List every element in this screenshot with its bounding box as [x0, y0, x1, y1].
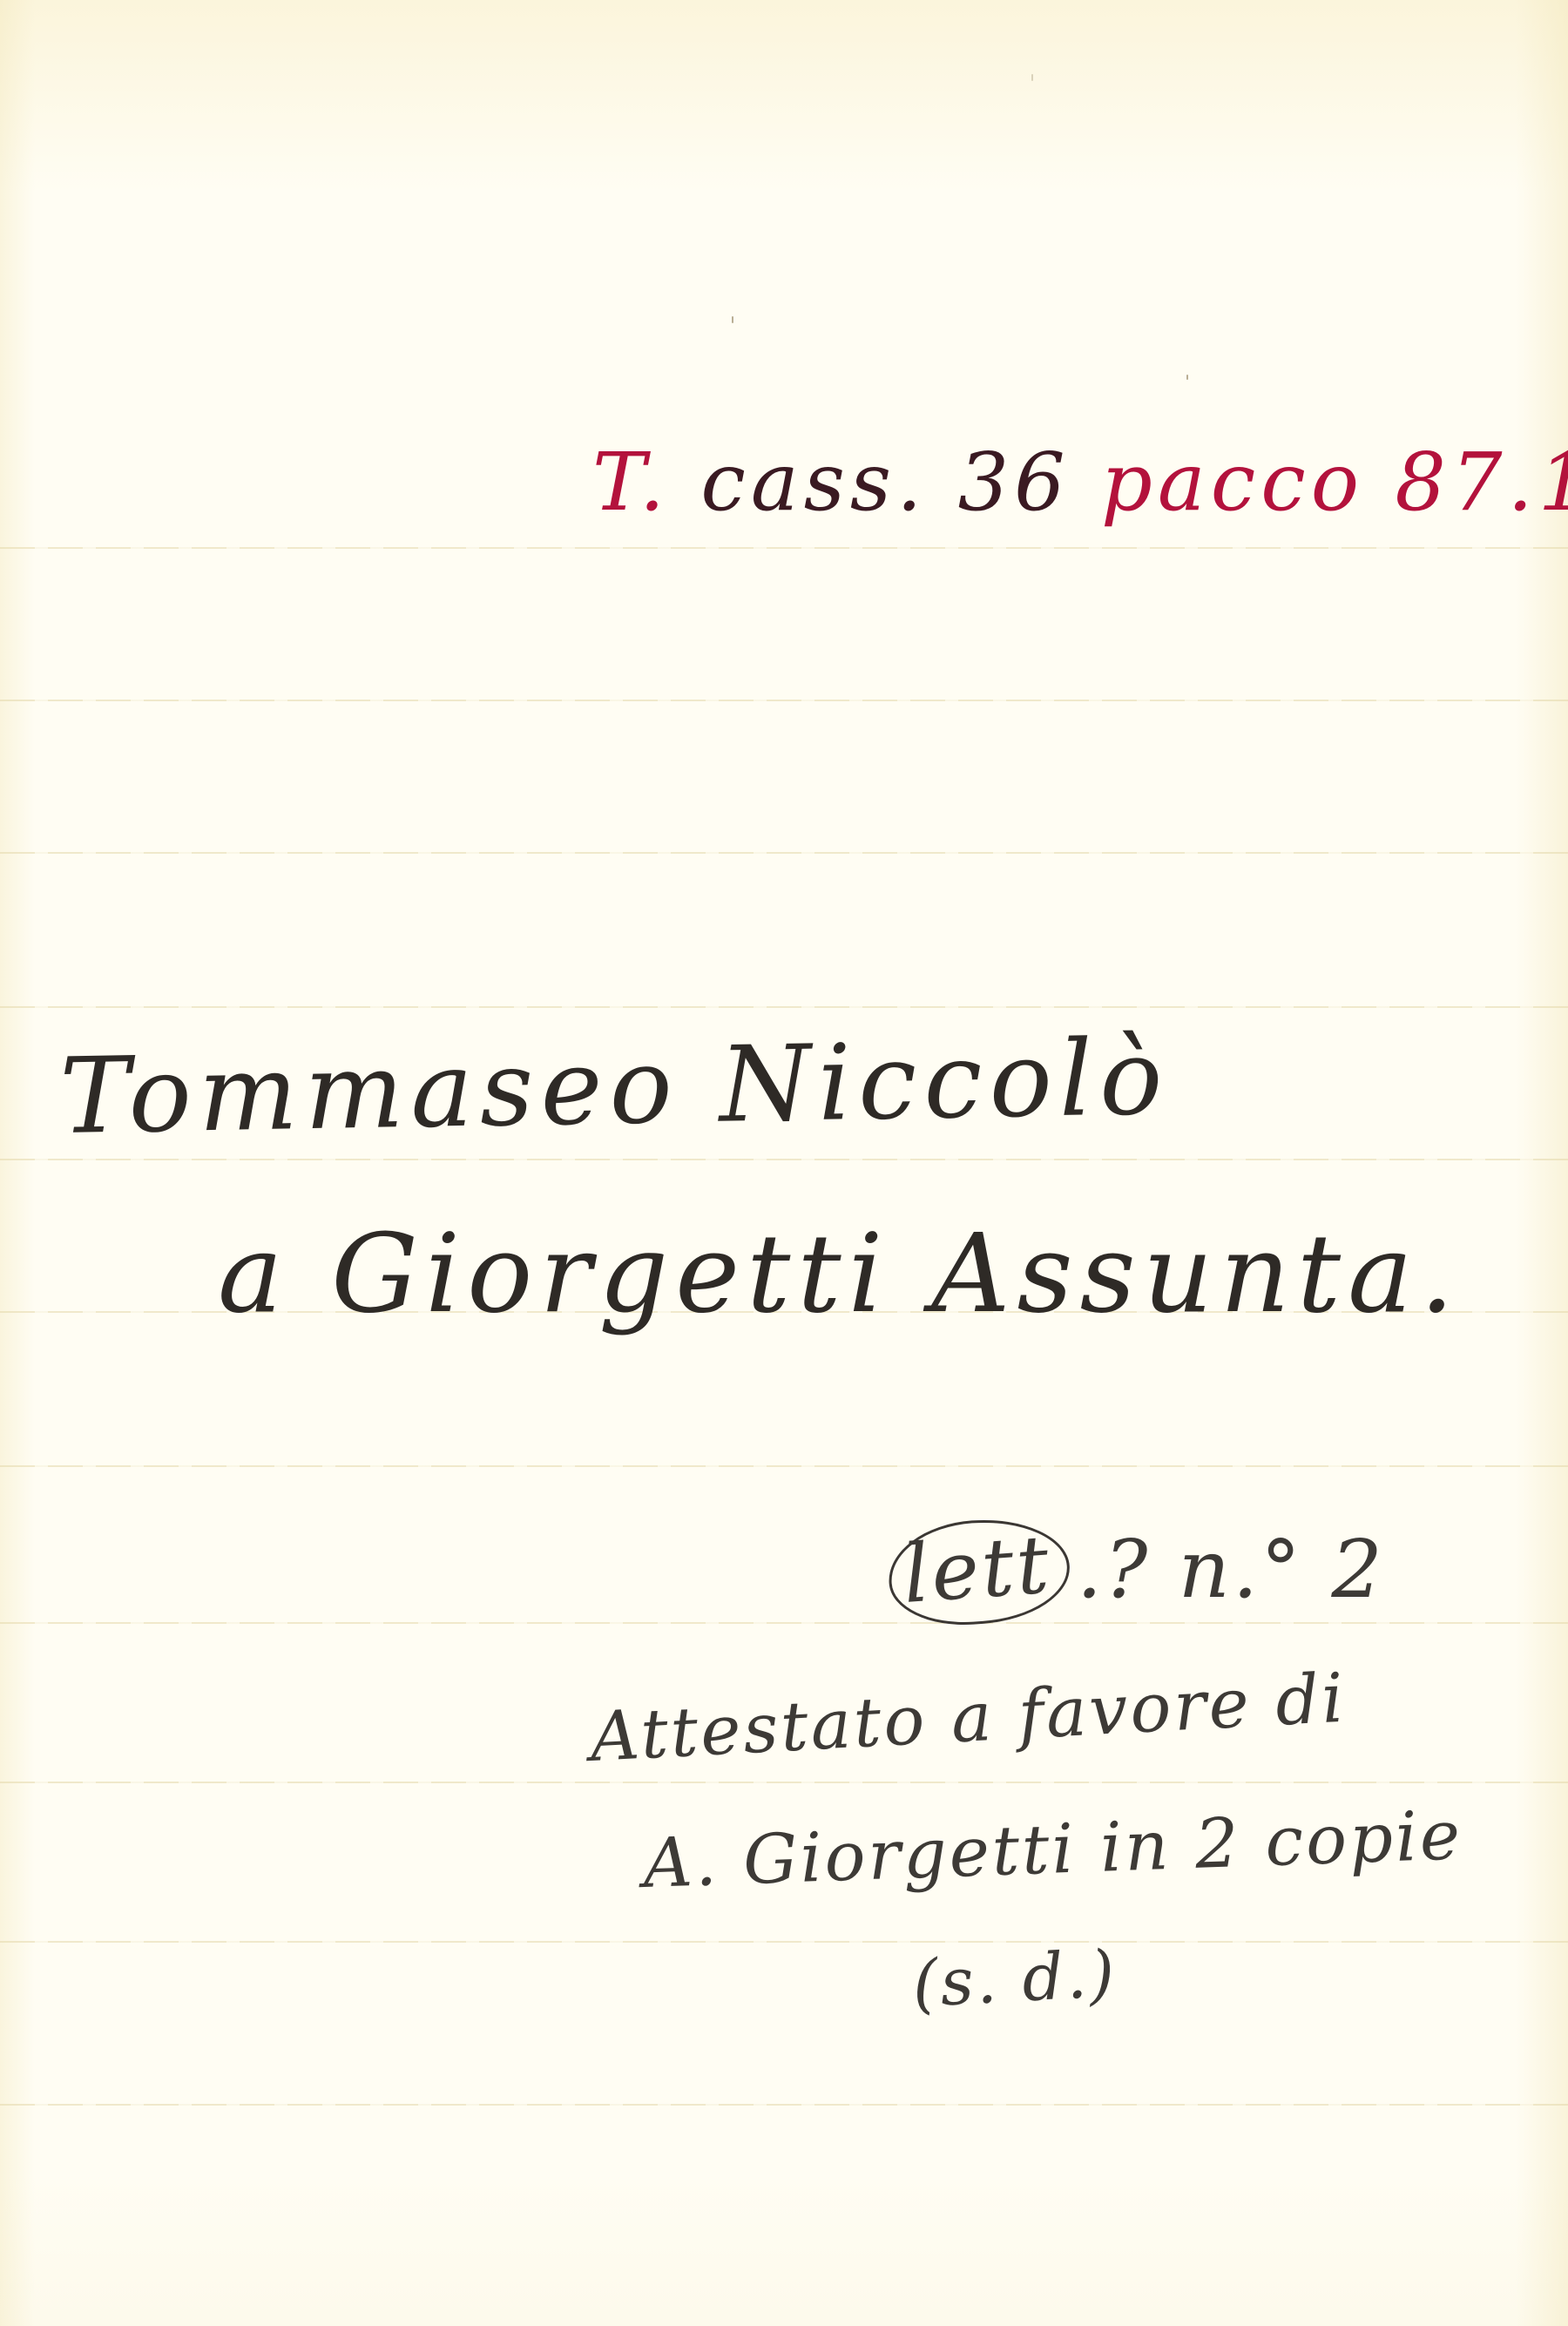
reference-prefix: T. [592, 436, 670, 529]
ruled-line [0, 1465, 1568, 1467]
ruled-line [0, 1782, 1568, 1783]
index-card: T. cass. 36 pacco 87.10 Tommaseo Niccolò… [0, 0, 1568, 2326]
recipient-name: a Giorgetti Assunta. [218, 1211, 1461, 1337]
ruled-line [0, 700, 1568, 701]
circled-lett-mark: lett [885, 1514, 1073, 1630]
ruled-line [0, 1006, 1568, 1008]
sender-name: Tommaseo Niccolò [59, 1018, 1171, 1158]
ruled-line [0, 547, 1568, 549]
attestato-date-note: (s. d.) [910, 1937, 1119, 2022]
reference-box-number: 36 [958, 436, 1071, 529]
paper-speck [1186, 375, 1188, 380]
ruled-line [0, 2104, 1568, 2106]
ruled-line [0, 1159, 1568, 1160]
attestato-line-2: A. Giorgetti in 2 copie [642, 1796, 1464, 1903]
attestato-line-1: Attestato a favore di [588, 1660, 1348, 1777]
ruled-line [0, 852, 1568, 854]
reference-packet-number: 87.10 [1395, 436, 1568, 529]
paper-speck [1031, 74, 1033, 81]
paper-speck [732, 316, 733, 323]
reference-packet-label: pacco [1101, 436, 1364, 529]
letter-count-note: lett.? n.° 2 [889, 1520, 1385, 1624]
ruled-line [0, 1941, 1568, 1943]
reference-box-label: cass. [700, 436, 927, 529]
archive-reference: T. cass. 36 pacco 87.10 [592, 436, 1568, 529]
letter-count-value: .? n.° 2 [1077, 1523, 1385, 1616]
